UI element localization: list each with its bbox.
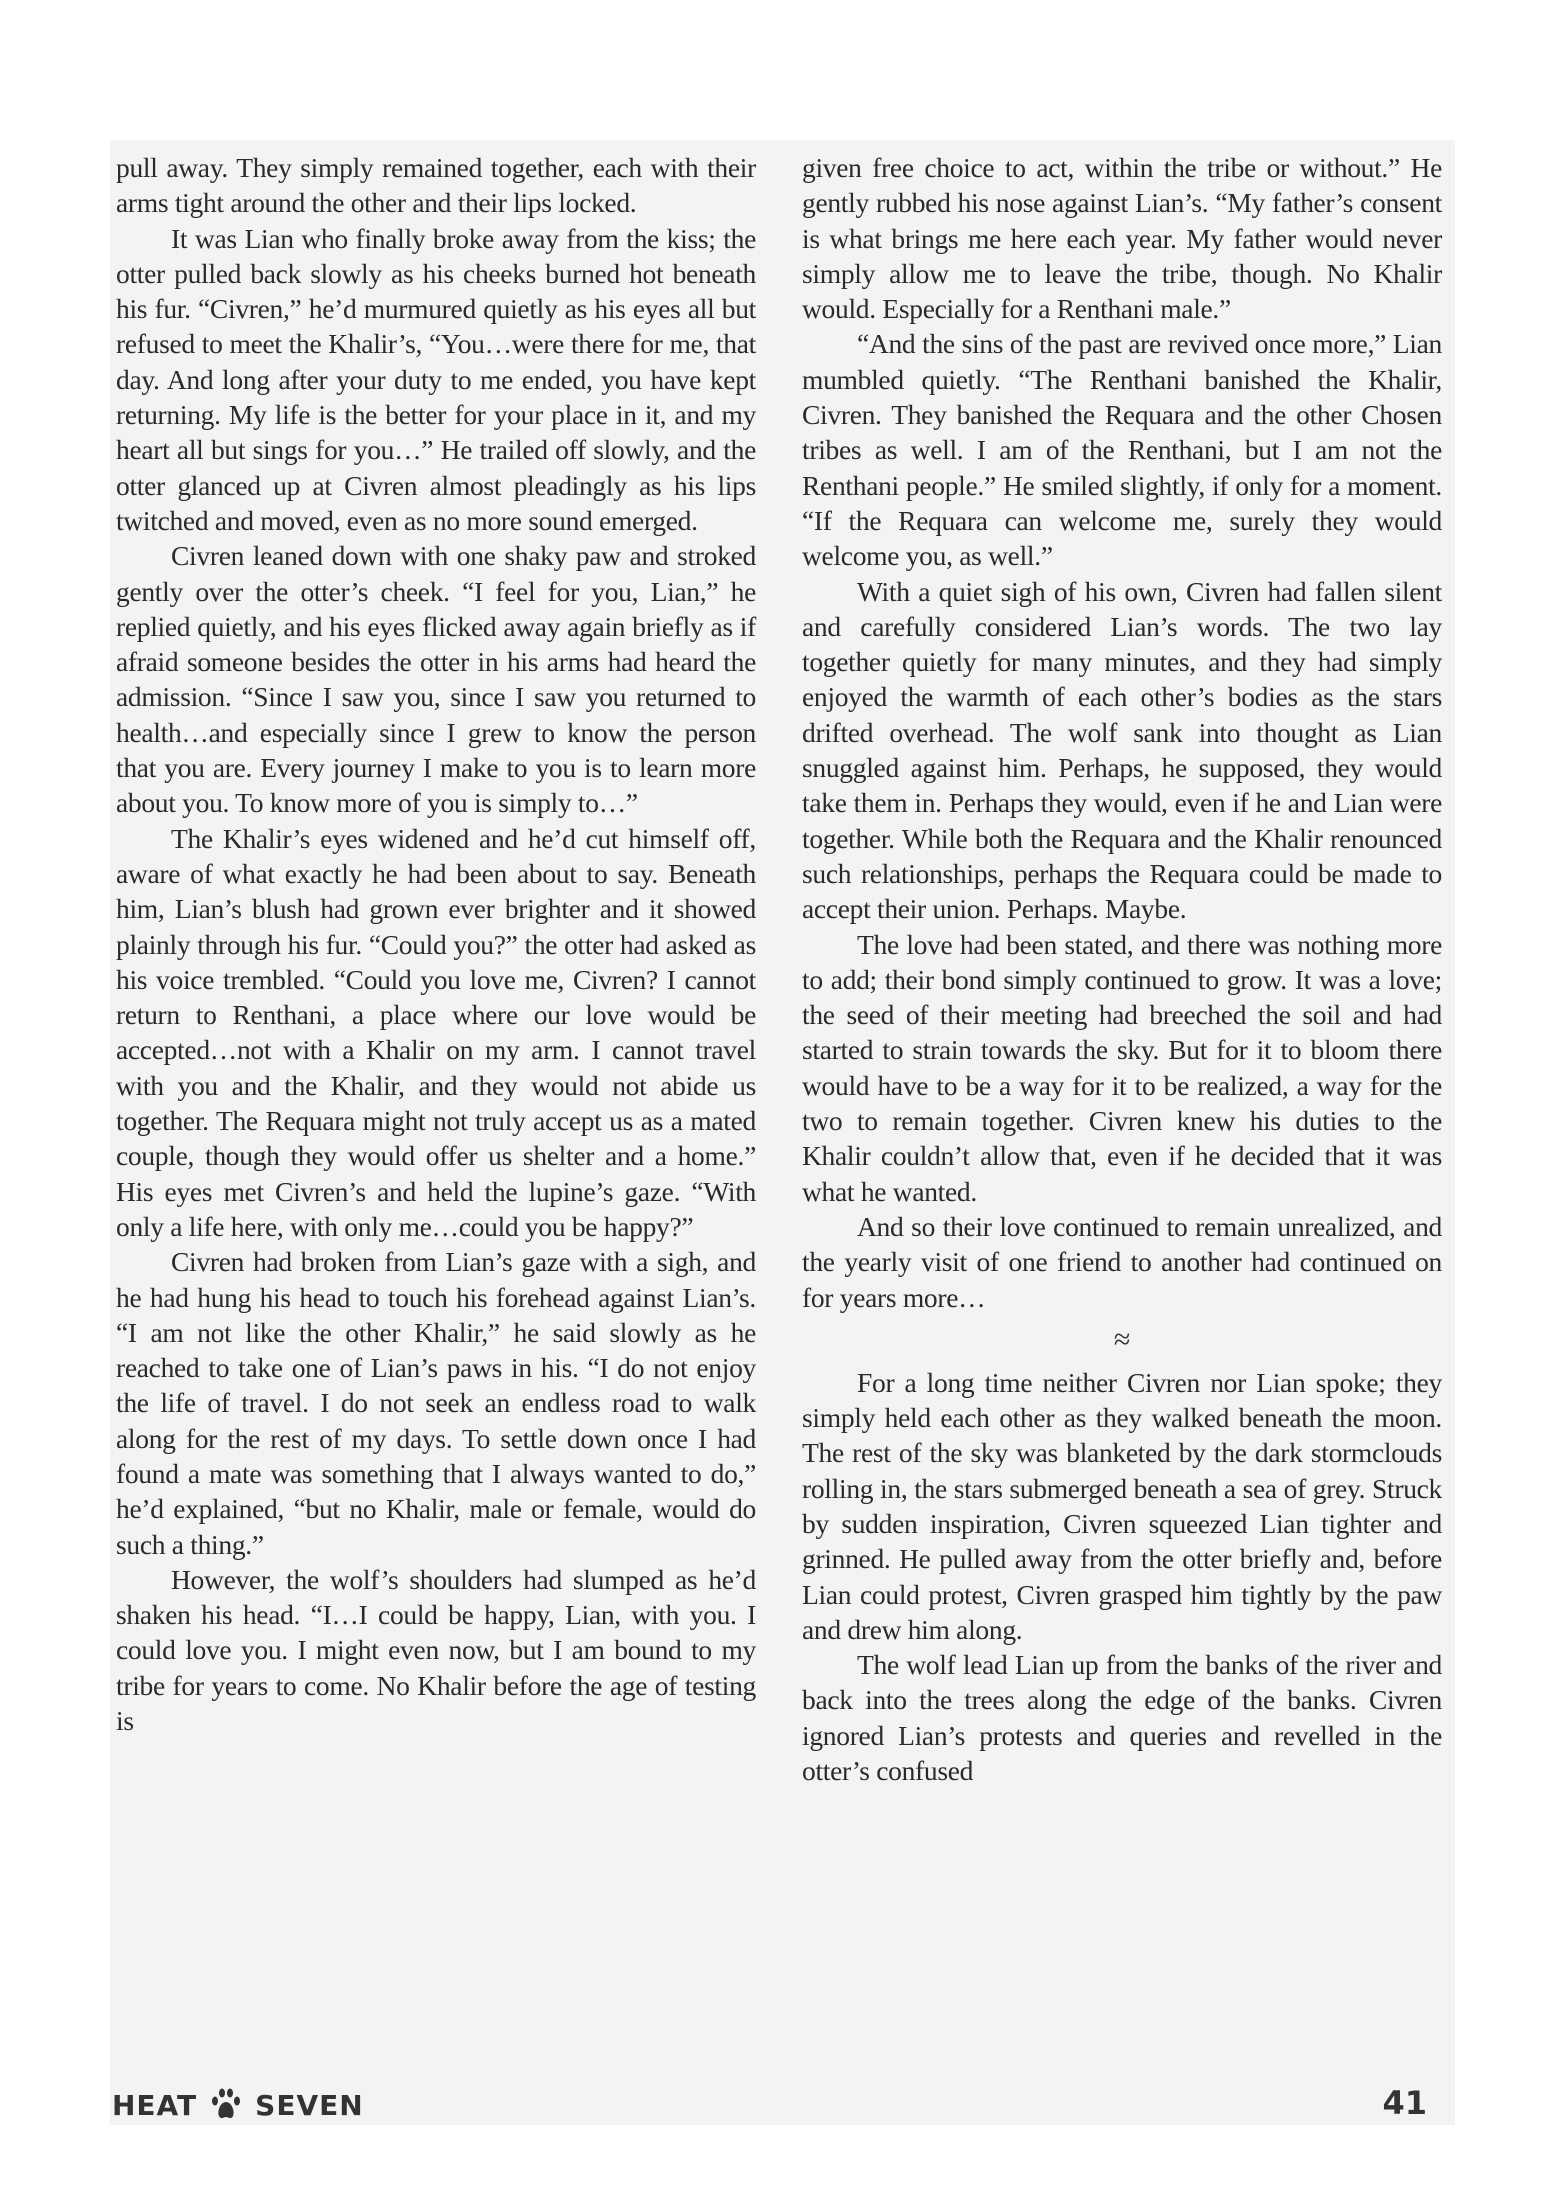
paragraph: given free choice to act, within the tri… [802,150,1442,326]
paragraph: Civren had broken from Lian’s gaze with … [116,1244,756,1562]
paragraph: The wolf lead Lian up from the banks of … [802,1647,1442,1788]
paragraph: pull away. They simply remained together… [116,150,756,221]
paragraph: It was Lian who finally broke away from … [116,221,756,539]
paragraph: The Khalir’s eyes widened and he’d cut h… [116,821,756,1245]
scene-break-separator-icon: ≈ [802,1315,1442,1365]
left-text-column: pull away. They simply remained together… [116,150,756,1738]
paragraph: With a quiet sigh of his own, Civren had… [802,574,1442,927]
paragraph: For a long time neither Civren nor Lian … [802,1365,1442,1647]
paragraph: Civren leaned down with one shaky paw an… [116,538,756,820]
paw-print-icon [211,2088,241,2122]
paragraph: “And the sins of the past are revived on… [802,326,1442,573]
magazine-page: pull away. They simply remained together… [110,140,1455,2125]
paragraph: The love had been stated, and there was … [802,927,1442,1209]
paragraph: However, the wolf’s shoulders had slumpe… [116,1562,756,1738]
publication-footer: HEAT SEVEN [112,2088,364,2122]
right-text-column: given free choice to act, within the tri… [802,150,1442,1788]
publication-name-left: HEAT [112,2089,197,2122]
page-number: 41 [1382,2084,1427,2122]
publication-name-right: SEVEN [255,2089,364,2122]
paragraph: And so their love continued to remain un… [802,1209,1442,1315]
